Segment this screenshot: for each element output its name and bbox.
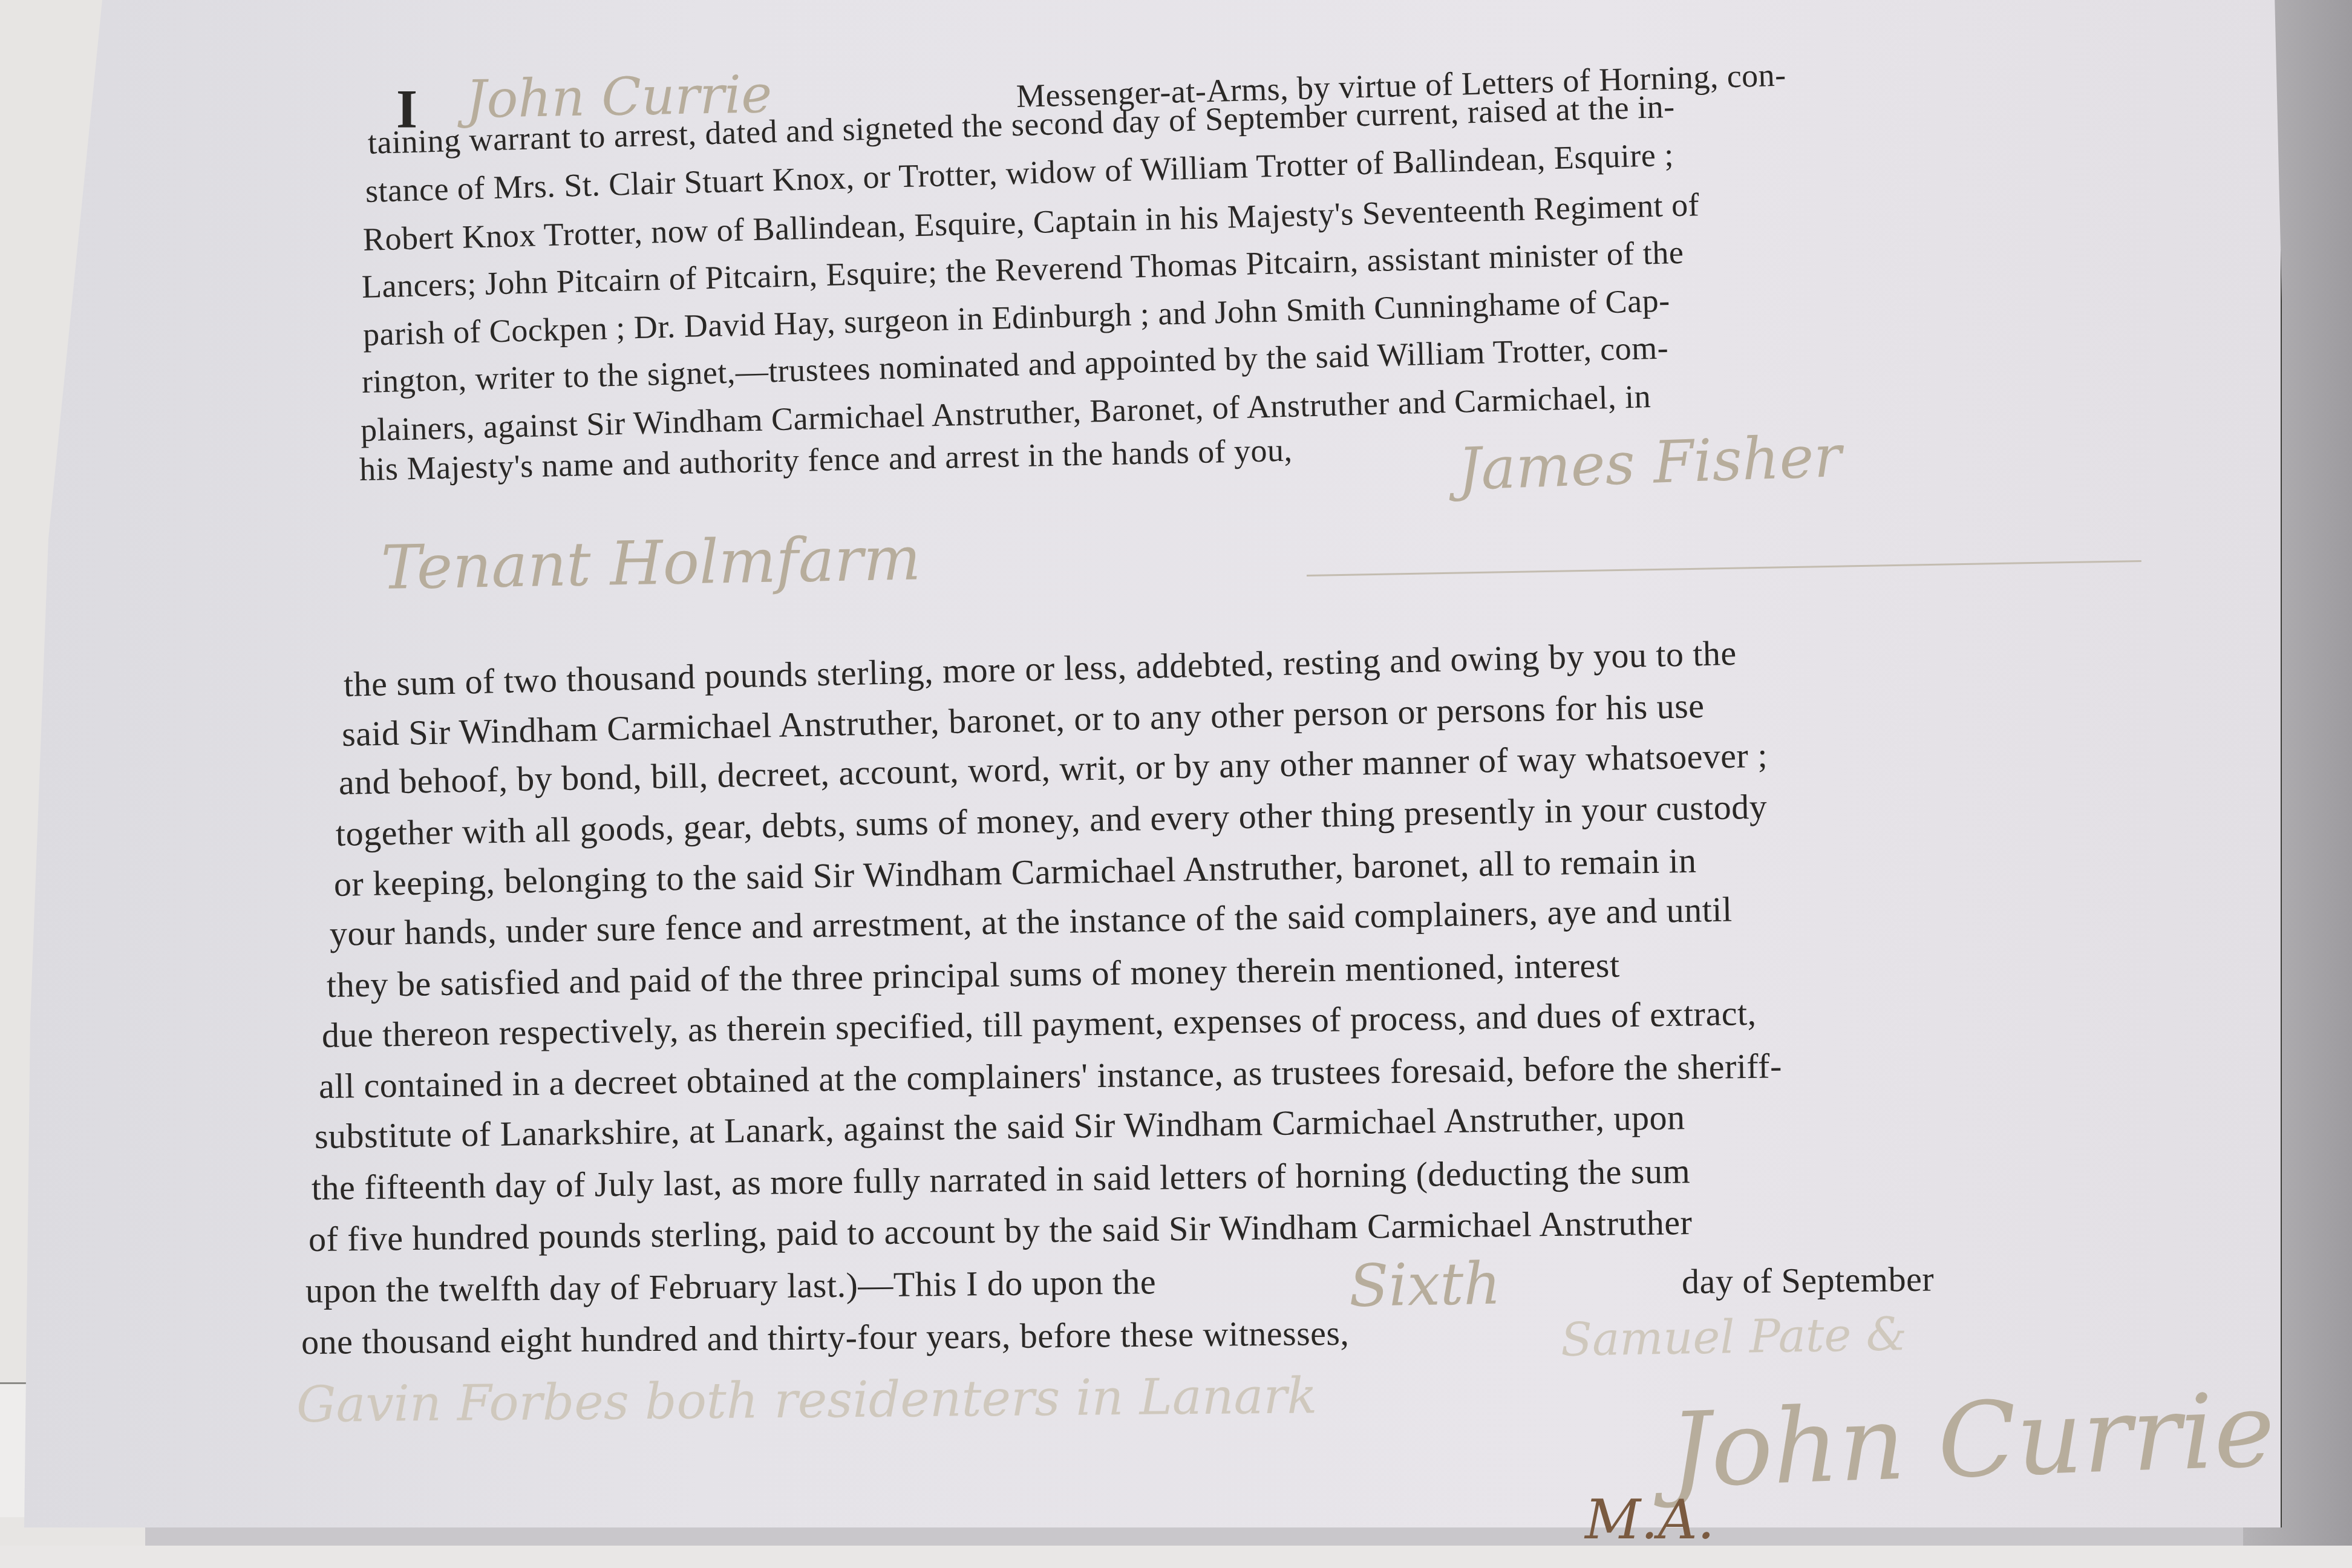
manuscript-signature-suffix: M.A. — [1585, 1488, 1714, 1552]
manuscript-witnesses-line-2: Gavin Forbes both residenters in Lanark — [296, 1367, 1318, 1434]
manuscript-witnesses-line-1: Samuel Pate & — [1560, 1307, 1907, 1367]
manuscript-arrestee-description: Tenant Holmfarm — [381, 523, 921, 603]
manuscript-signature: John Currie — [1668, 1370, 2277, 1511]
underlying-sheet-bottom — [0, 1546, 2352, 1568]
manuscript-arrestee-name: James Fisher — [1457, 422, 1843, 503]
text-line-date-suffix: day of September — [1682, 1259, 1935, 1302]
manuscript-day: Sixth — [1348, 1250, 1501, 1320]
